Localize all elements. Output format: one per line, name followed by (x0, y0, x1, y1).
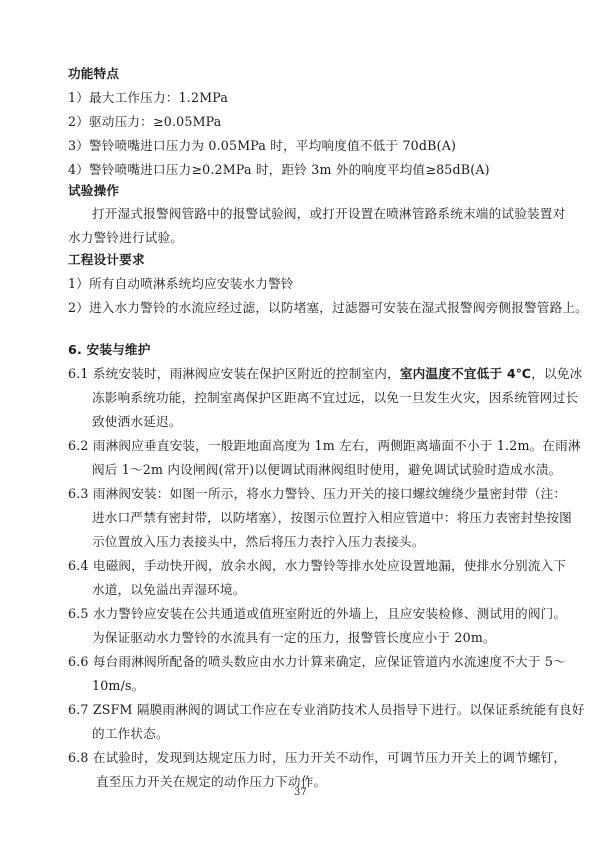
clause-6-6-line: 10m/s。 (92, 678, 144, 694)
clause-6-3-line: 进水口严禁有密封带，以防堵塞），按图示位置拧入相应管道中：将压力表密封垫按图 (92, 510, 572, 526)
clause-text: ，以免冰 (531, 366, 582, 381)
clause-6-1-line: 致使洒水延迟。 (92, 414, 182, 430)
clause-6-4-line: 6.4 电磁阀，手动快开阀，放余水阀，水力警铃等排水处应设置地漏，使排水分别流入… (68, 558, 566, 574)
clause-6-1-line: 6.1 系统安装时，雨淋阀应安装在保护区附近的控制室内，室内温度不宜低于 4℃，… (68, 366, 582, 382)
clause-6-5-line: 6.5 水力警铃应安装在公共通道或值班室附近的外墙上，且应安装检修、测试用的阀门… (68, 606, 566, 622)
clause-6-8-line: 6.8 在试验时，发现到达规定压力时，压力开关不动作，可调节压力开关上的调节螺钉… (68, 750, 566, 766)
clause-text: 6.1 系统安装时，雨淋阀应安装在保护区附近的控制室内， (68, 366, 400, 381)
page-number: 37 (294, 787, 307, 798)
clause-6-2-line: 阀后 1～2m 内设闸阀(常开)以便调试雨淋阀组时使用，避免调试试验时造成水渍。 (92, 462, 561, 478)
section-heading-install-maintenance: 6. 安装与维护 (68, 342, 151, 358)
clause-6-7-line: 6.7 ZSFM 隔膜雨淋阀的调试工作应在专业消防技术人员指导下进行。以保证系统… (68, 702, 585, 718)
clause-6-4-line: 水道，以免溢出弄湿环境。 (92, 582, 246, 598)
clause-6-5-line: 为保证驱动水力警铃的水流具有一定的压力，报警管长度应小于 20m。 (92, 630, 496, 646)
paragraph-line: 水力警铃进行试验。 (68, 230, 183, 246)
clause-6-2-line: 6.2 雨淋阀应垂直安装，一般距地面高度为 1m 左右，两侧距离墙面不小于 1.… (68, 438, 581, 454)
feature-item: 3）警铃喷嘴进口压力为 0.05MPa 时，平均响度值不低于 70dB(A) (68, 138, 456, 154)
paragraph-line: 打开湿式报警阀管路中的报警试验阀，或打开设置在喷淋管路系统末端的试验装置对 (92, 206, 565, 222)
clause-6-7-line: 的工作状态。 (92, 726, 169, 742)
clause-6-3-line: 示位置放入压力表接头中，然后将压力表拧入压力表接头。 (92, 534, 425, 550)
clause-6-1-line: 冻影响系统功能，控制室离保护区距离不宜过远，以免一旦发生火灾，因系统管网过长 (92, 390, 578, 406)
section-heading-design-requirements: 工程设计要求 (68, 252, 145, 268)
feature-item: 2）驱动压力：≥0.05MPa (68, 114, 221, 130)
feature-item: 4）警铃喷嘴进口压力≥0.2MPa 时，距铃 3m 外的响度平均值≥85dB(A… (68, 162, 490, 178)
clause-6-3-line: 6.3 雨淋阀安装：如图一所示，将水力警铃、压力开关的接口螺纹缠绕少量密封带（注… (68, 486, 566, 502)
feature-item: 1）最大工作压力：1.2MPa (68, 90, 228, 106)
emphasis-text: 室内温度不宜低于 4℃ (400, 366, 531, 381)
clause-6-8-line: 直至压力开关在规定的动作压力下动作。 (96, 774, 326, 790)
section-heading-test-operation: 试验操作 (68, 183, 119, 199)
document-page: 功能特点 1）最大工作压力：1.2MPa 2）驱动压力：≥0.05MPa 3）警… (0, 0, 600, 848)
requirement-item: 2）进入水力警铃的水流应经过滤，以防堵塞，过滤器可安装在湿式报警阀旁侧报警管路上… (68, 300, 588, 316)
requirement-item: 1）所有自动喷淋系统均应安装水力警铃 (68, 276, 294, 292)
clause-6-6-line: 6.6 每台雨淋阀所配备的喷头数应由水力计算来确定，应保证管道内水流速度不大于 … (68, 654, 566, 670)
section-heading-features: 功能特点 (68, 66, 119, 82)
